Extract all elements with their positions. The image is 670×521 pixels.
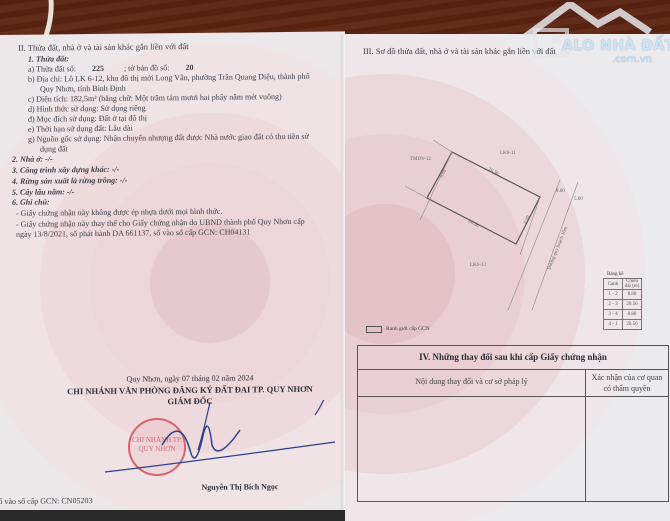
svg-text:TMDV-12: TMDV-12 [410,157,431,162]
notes-heading: 6. Ghi chú: [12,197,50,207]
changes-col-confirmation: Xác nhận của cơ quan có thẩm quyền [586,370,668,396]
origin-line-2: dụng đất [40,144,68,154]
svg-text:20.56: 20.56 [467,219,480,229]
svg-text:8.00: 8.00 [556,189,565,194]
parcel-number: 225 [92,64,104,73]
svg-text:LK6-11: LK6-11 [500,151,516,156]
boundary-legend-label: Ranh giới cấp GCN [386,324,430,334]
land-parcel-diagram: 20.56 20.56 8.88 8.88 LK6-11 LK6-13 TMDV… [360,140,610,310]
area-line: c) Diện tích: 182,5m² (bằng chữ: Một tră… [28,92,282,105]
other-works-item: 3. Công trình xây dựng khác: -/- [12,165,119,176]
edge-length-table: CạnhChiều dài (m) 1 - 28.88 2 - 320.56 3… [603,278,642,330]
table-row: 3 - 48.88 [604,310,642,320]
svg-text:LK6-13: LK6-13 [470,263,486,268]
table-row: 1 - 28.88 [604,290,642,300]
changes-table: IV. Những thay đổi sau khi cấp Giấy chứn… [357,345,669,502]
table-header: Cạnh [604,279,623,290]
date-line: Quy Nhơn, ngày 07 tháng 02 năm 2024 [40,372,340,384]
note-2-line-2: ngày 13/8/2021, số phát hành DA 661137, … [16,227,250,239]
watermark-domain: .com.vn [612,54,652,65]
parcel-label: a) Thửa đất số: [28,64,76,74]
register-number: Số vào sổ cấp GCN: CN05203 [0,496,92,507]
land-heading: 1. Thửa đất: [28,54,69,64]
changes-col-content: Nội dung thay đổi và cơ sở pháp lý [358,370,586,396]
signature-icon [100,400,340,490]
forest-item: 4. Rừng sản xuất là rừng trồng: -/- [12,176,127,187]
svg-text:5.00: 5.00 [574,197,583,202]
confirmation-line-2: có thẩm quyền [586,383,668,394]
table-row: 4 - 120.56 [604,320,642,330]
table-row: 2 - 320.56 [604,300,642,310]
origin-line-1: g) Nguồn gốc sử dụng: Nhận chuyển nhượng… [28,132,309,145]
svg-text:8.88: 8.88 [439,168,448,179]
house-item: 2. Nhà ở: -/- [12,154,53,164]
table-header: Chiều dài (m) [623,279,642,290]
map-sheet-label: ; tờ bản đồ số: [124,63,170,72]
section-ii-title: II. Thửa đất, nhà ở và tài sản khác gắn … [18,41,189,53]
svg-text:Đường quy hoạch 16m: Đường quy hoạch 16m [547,226,569,271]
map-sheet-number: 20 [186,63,194,72]
changes-title: IV. Những thay đổi sau khi cấp Giấy chứn… [358,346,668,370]
confirmation-empty-cell [586,397,668,502]
page-bottom-shadow [0,510,345,521]
watermark-brand: ALO NHÀ ĐẤT [562,38,670,54]
confirmation-line-1: Xác nhận của cơ quan [586,372,668,383]
address-line-1: b) Địa chỉ: Lô LK 6-12, khu đô thị mới L… [28,72,310,85]
perennial-item: 5. Cây lâu năm: -/- [12,187,74,198]
boundary-legend-swatch [366,326,382,333]
changes-empty-cell [358,397,586,502]
